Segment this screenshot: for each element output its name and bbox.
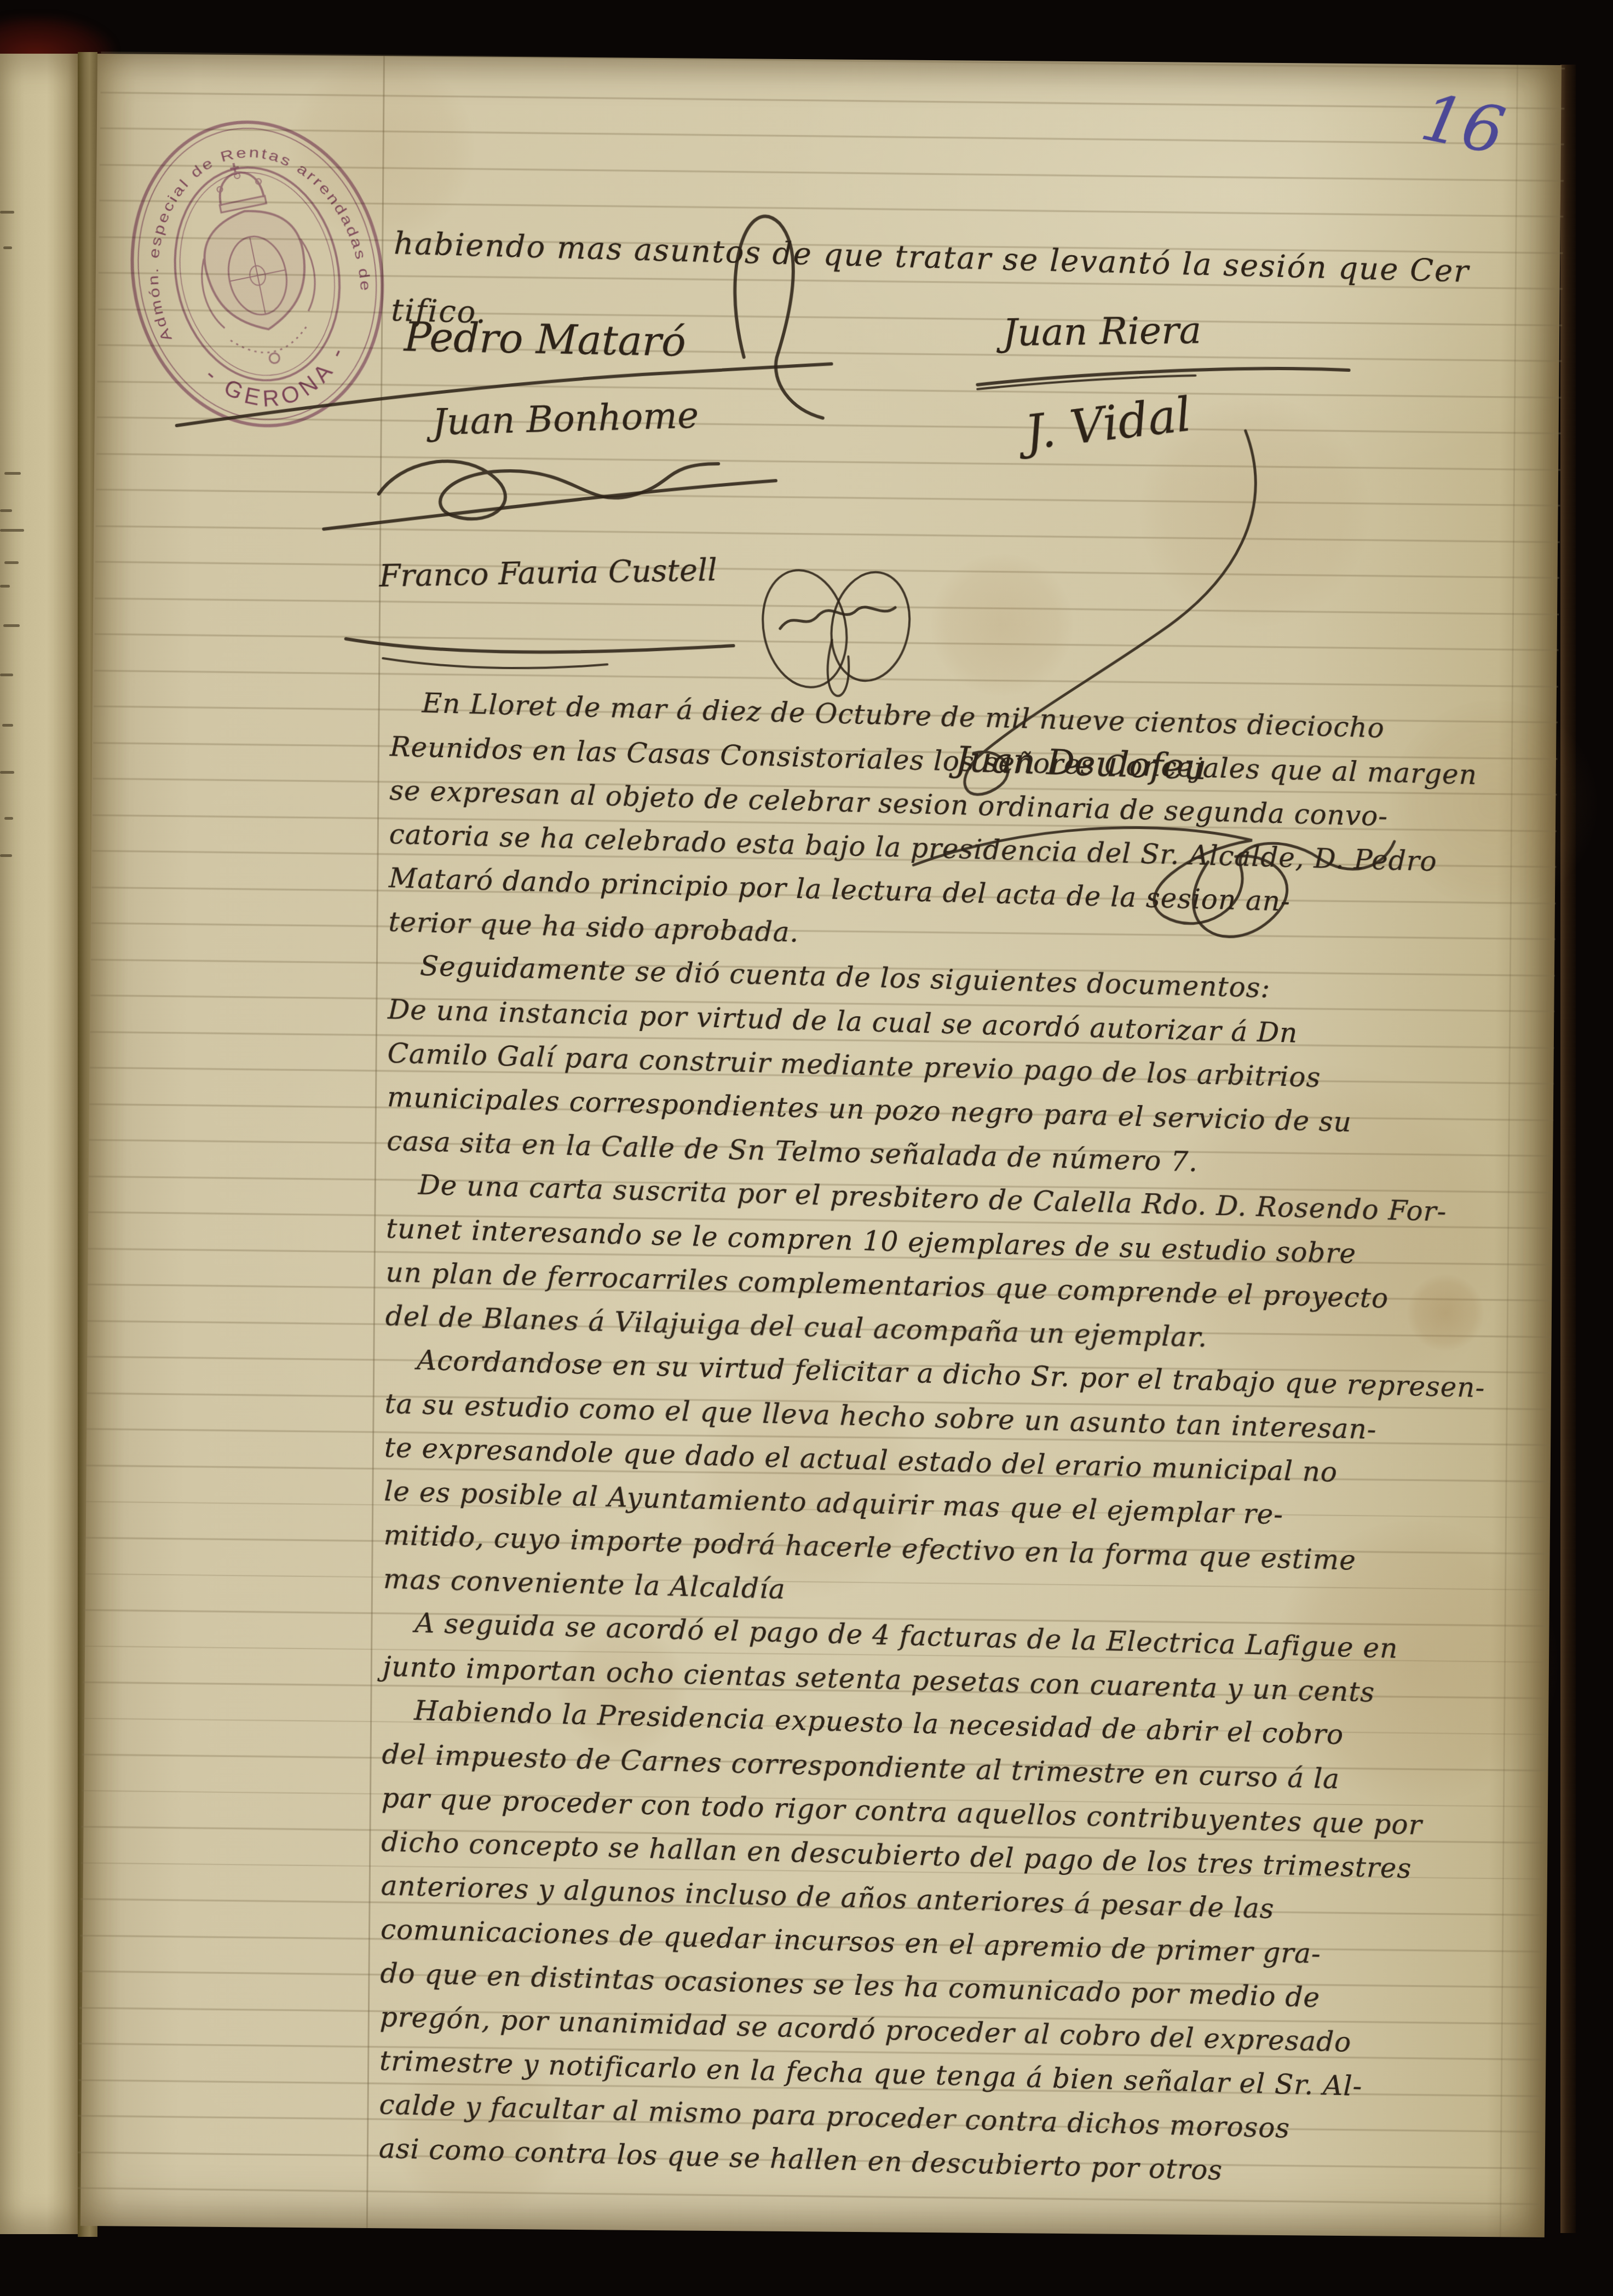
ink-tick bbox=[2, 724, 13, 727]
stamp-coat-of-arms bbox=[180, 152, 331, 374]
ink-tick bbox=[0, 529, 24, 532]
ink-tick bbox=[0, 674, 13, 676]
signature-juan-bonhome: Juan Bonhome bbox=[432, 394, 699, 444]
ink-tick bbox=[4, 561, 19, 564]
ink-tick bbox=[0, 585, 10, 588]
ink-tick bbox=[4, 472, 21, 475]
ink-tick bbox=[0, 211, 14, 214]
ink-tick bbox=[0, 854, 12, 857]
stamp-city-text: - GERONA - bbox=[198, 335, 361, 425]
previous-page-edge bbox=[0, 54, 78, 2234]
page-edge-shadow bbox=[1560, 65, 1576, 2233]
signature-franco-fauria-custell: Franco Fauria Custell bbox=[379, 553, 718, 594]
page-number: 16 bbox=[1415, 79, 1511, 169]
ink-tick bbox=[3, 624, 20, 627]
ink-tick bbox=[4, 817, 13, 820]
ink-tick bbox=[0, 771, 14, 774]
signature-pedro-mataro: Pedro Mataró bbox=[404, 313, 686, 365]
signature-juan-riera: Juan Riera bbox=[1003, 309, 1202, 355]
ink-tick bbox=[0, 509, 12, 512]
manuscript-scan: Admón. especial de Rentas arrendadas de … bbox=[0, 0, 1613, 2296]
ink-tick bbox=[3, 246, 12, 249]
manuscript-page: Admón. especial de Rentas arrendadas de … bbox=[80, 54, 1562, 2237]
